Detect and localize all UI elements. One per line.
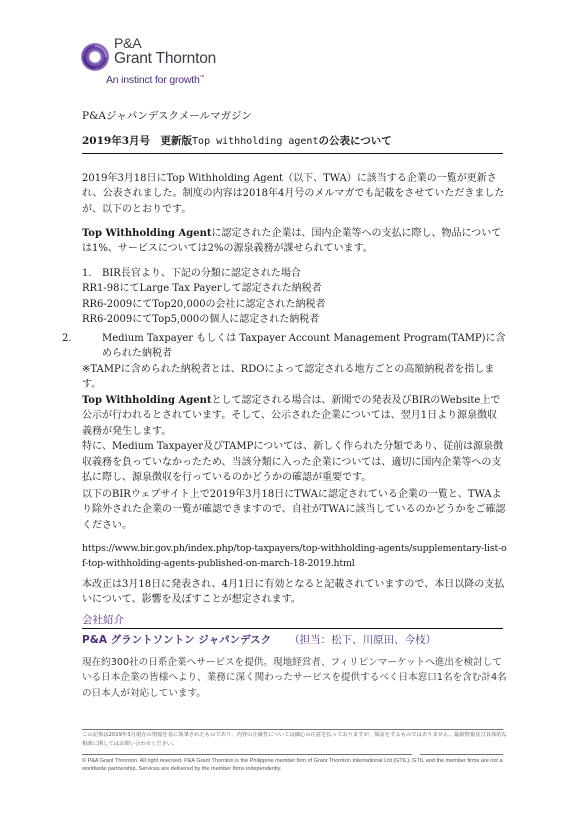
footer-divider-mid [82,754,412,755]
website-text: 以下のBIRウェブサイト上で2019年3月18日にTWAに認定されている企業の一… [82,487,507,533]
closing-text: 本改正は3月18日に発表され、4月1日に有効となると記載されていますので、本日以… [82,577,507,608]
logo-wordmark: P&A Grant Thornton [114,36,216,66]
definition-paragraph: Top Withholding Agentに認定された企業は、国内企業等への支払… [82,226,507,257]
company-description: 現在約300社の日系企業へサービスを提供。現地経営者、フィリピンマーケットへ進出… [82,655,507,701]
publication-paragraph: Top Withholding Agentとして認定される場合は、新聞での発表及… [82,393,507,485]
list-subitem: RR6-2009にてTop5,000の個人に認定された納税者 [82,312,507,327]
list-subitem: RR6-2009にてTop20,000の会社に認定された納税者 [82,297,507,312]
footer-divider-top [82,729,503,730]
list-heading: Medium Taxpayer もしくは Taxpayer Account Ma… [102,333,506,359]
bir-link[interactable]: https://www.bir.gov.ph/index.php/top-tax… [82,542,507,571]
trademark-mark: ™ [200,75,205,81]
list-number: 1. [82,266,102,281]
grant-thornton-logo: P&A Grant Thornton An instinct for growt… [80,30,300,90]
issue-prefix: 2019年3月号 更新版 [82,135,192,147]
company-section-title: 会社紹介 [82,612,124,627]
logo-tagline: An instinct for growth™ [106,74,204,86]
issue-suffix: の公表について [318,135,391,147]
magazine-title: P&Aジャパンデスクメールマガジン [82,108,252,123]
footer-divider-mid-right [420,754,503,755]
footer-disclaimer: この記事は2019年3月現在の情報を基に執筆されたものであり、内容の正確性につい… [82,731,507,748]
list-number: 2. [82,331,102,346]
publication-text-2: 特に、Medium Taxpayer及びTAMPについては、新しく作られた分類で… [82,439,507,485]
company-heading: P&A グラントソントン ジャパンデスク（担当：松下、川原田、今枝） [82,632,436,647]
website-paragraph: 以下のBIRウェブサイト上で2019年3月18日にTWAに認定されている企業の一… [82,487,507,533]
issue-title: 2019年3月号 更新版Top withholding agentの公表について [82,133,392,148]
newsletter-page: P&A Grant Thornton An instinct for growt… [0,0,581,823]
criteria-list-1: 1.BIR長官より、下記の分類に認定された場合 RR1-98にてLarge Ta… [82,266,507,328]
issue-topic: Top withholding agent [192,136,318,147]
logo-line-1: P&A [114,36,216,51]
list-heading: BIR長官より、下記の分類に認定された場合 [102,268,301,279]
intro-paragraph: 2019年3月18日にTop Withholding Agent（以下、TWA）… [82,171,507,217]
title-divider [82,153,503,154]
company-name: P&A グラントソントン ジャパンデスク [82,634,271,646]
logo-line-2: Grant Thornton [114,51,216,66]
criteria-list-2: 2.Medium Taxpayer もしくは Taxpayer Account … [82,331,507,393]
closing-paragraph: 本改正は3月18日に発表され、4月1日に有効となると記載されていますので、本日以… [82,577,507,608]
tamp-note: ※TAMPに含められた納税者とは、RDOによって認定される地方ごとの高額納税者を… [82,362,507,393]
company-contacts: （担当：松下、川原田、今枝） [289,634,436,646]
grant-thornton-swirl-icon [80,42,110,72]
list-subitem: RR1-98にてLarge Tax Payerして認定された納税者 [82,281,507,296]
tagline-text: An instinct for growth [106,74,200,86]
intro-text: 2019年3月18日にTop Withholding Agent（以下、TWA）… [82,171,507,217]
company-section-divider [82,628,503,629]
twa-term: Top Withholding Agent [82,228,211,239]
twa-term: Top Withholding Agent [82,395,211,406]
footer-copyright: © P&A Grant Thornton. All right reserved… [82,757,507,773]
